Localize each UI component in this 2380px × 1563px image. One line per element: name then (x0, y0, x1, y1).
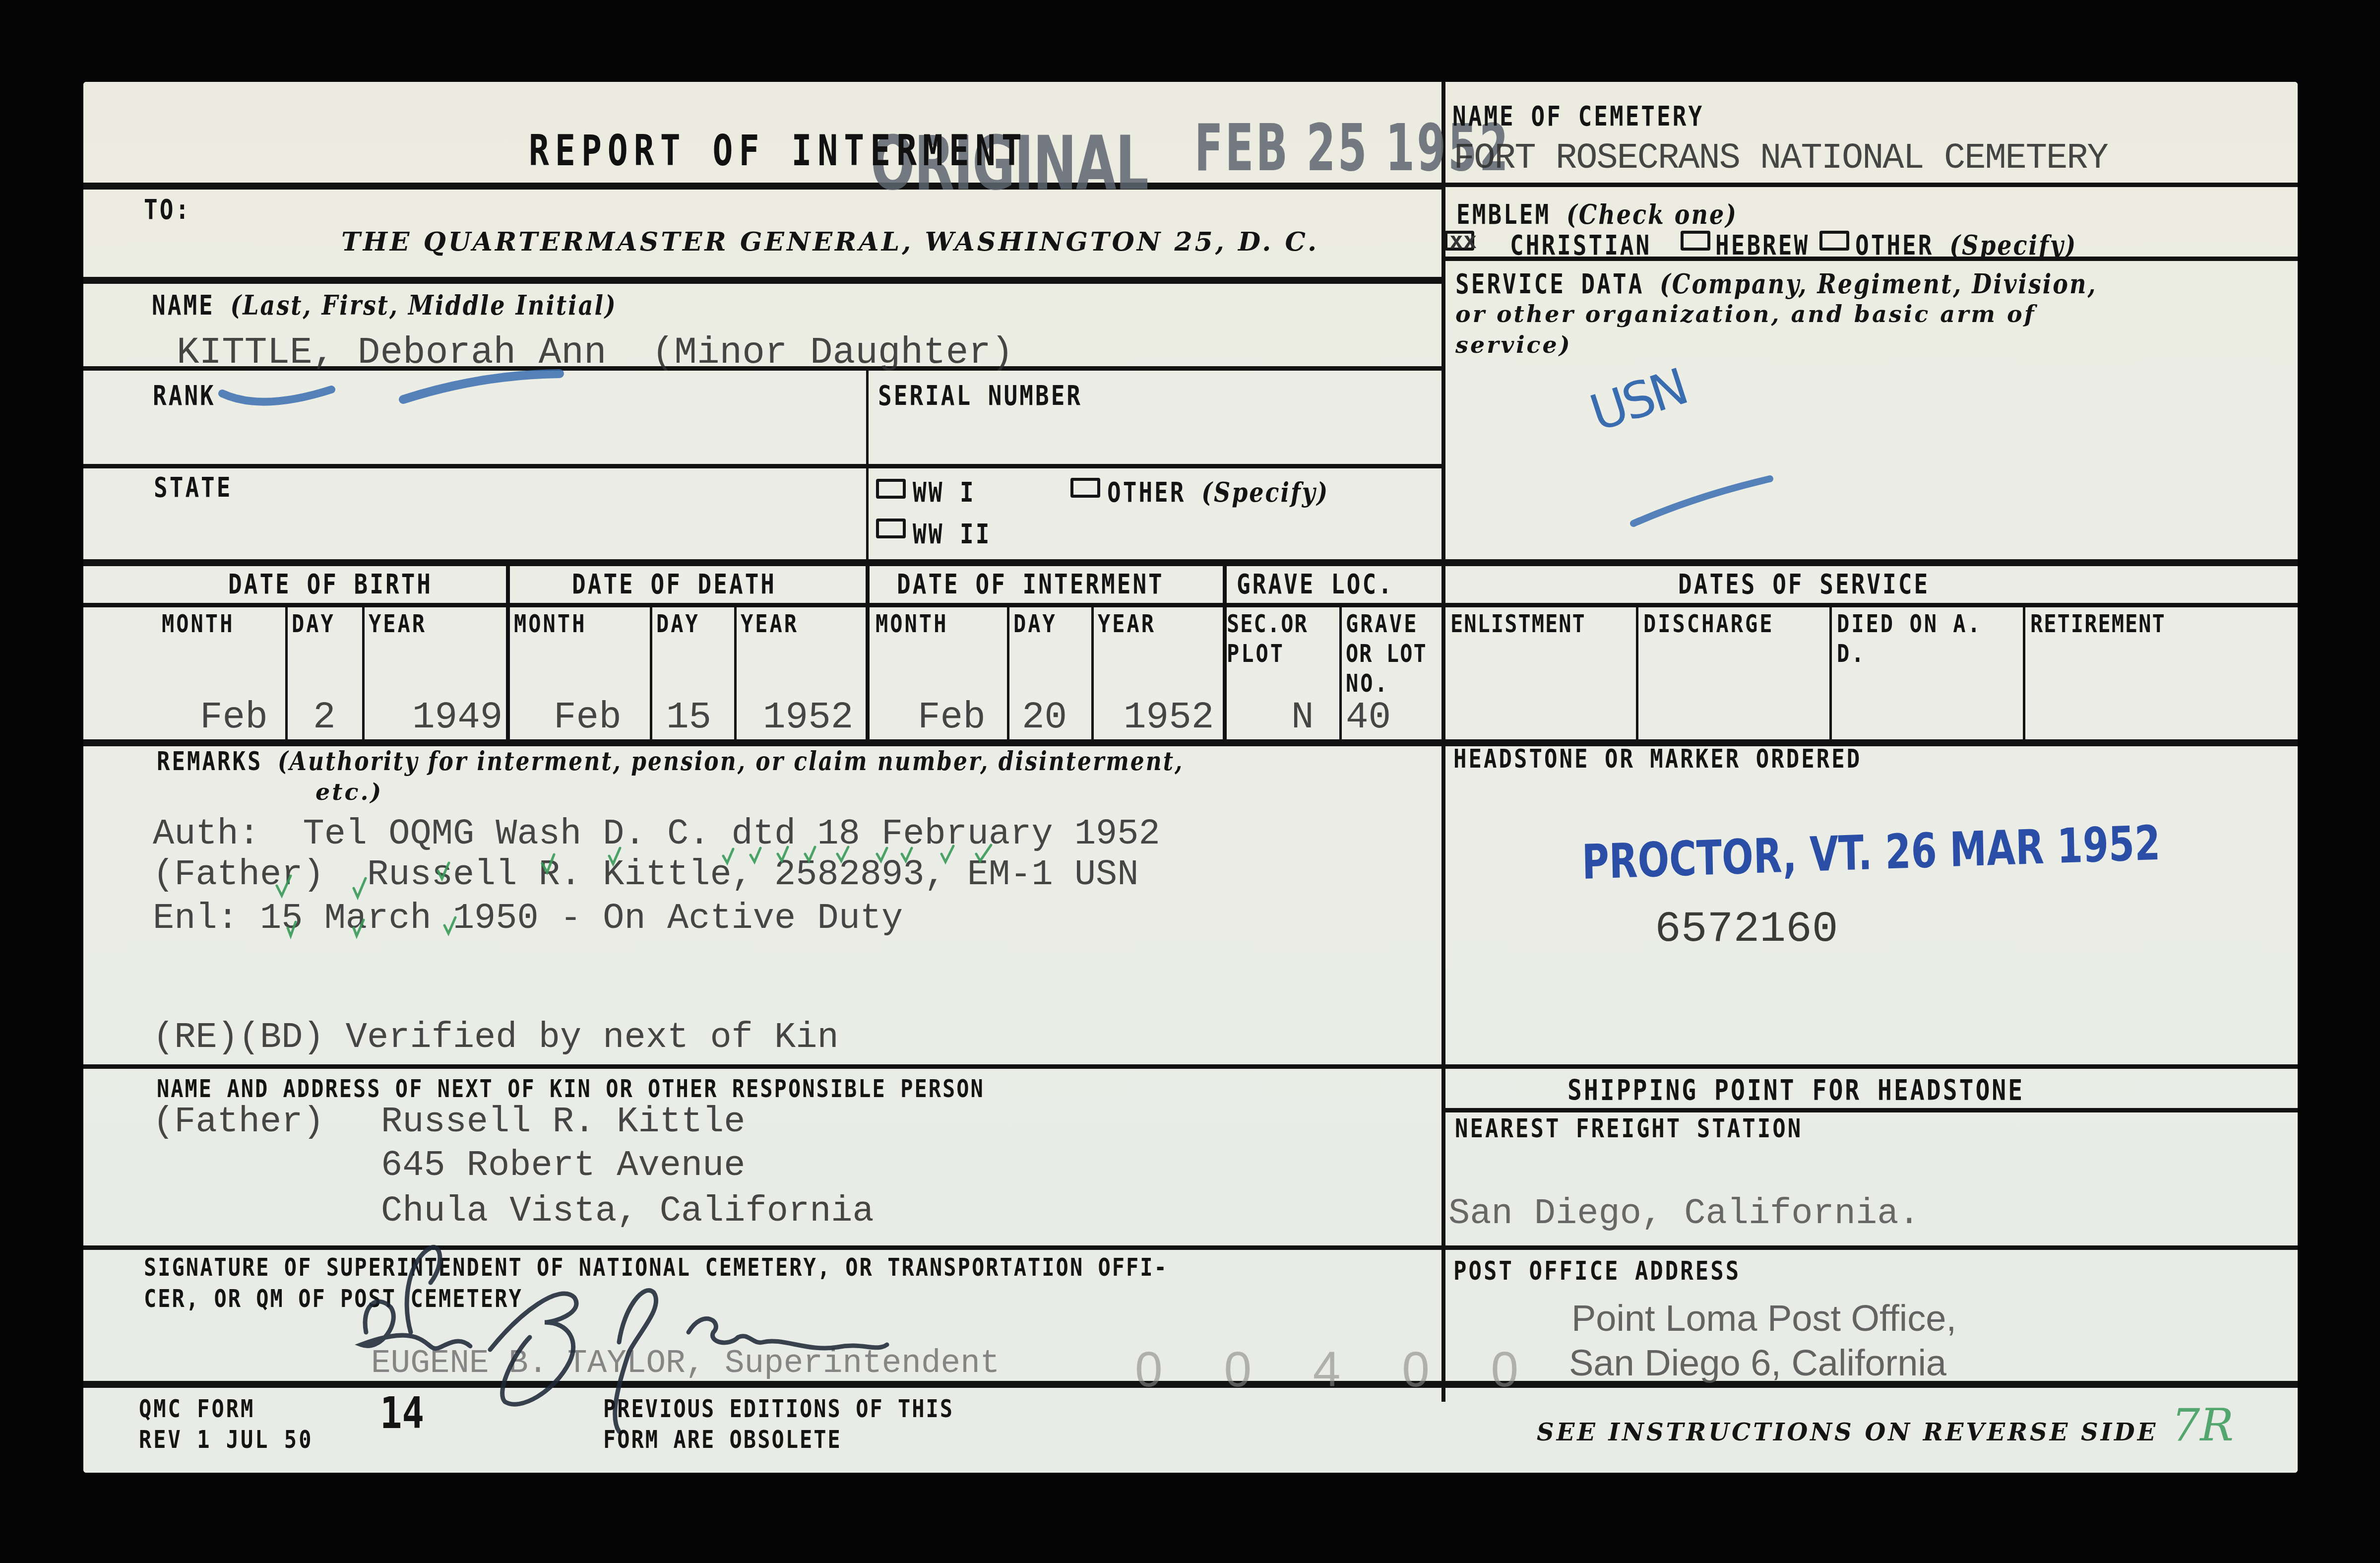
grave-location-label: GRAVE LOC. (1237, 571, 1394, 597)
remarks-label-hint: (Authority for interment, pension, or cl… (278, 747, 1184, 777)
doi-month: Feb (918, 699, 986, 736)
rule (83, 1245, 2298, 1250)
discharge-label: DISCHARGE (1643, 612, 1774, 637)
headstone-stamp: PROCTOR, VT. 26 MAR 1952 (1581, 819, 2161, 886)
remarks-label: REMARKS (Authority for interment, pensio… (157, 749, 1184, 775)
cemetery-value: FORT ROSECRANS NATIONAL CEMETERY (1453, 140, 2108, 176)
rule (83, 464, 1443, 468)
rule (1223, 559, 1227, 743)
rule (650, 603, 652, 742)
rule (83, 603, 2298, 607)
to-value: THE QUARTERMASTER GENERAL, WASHINGTON 25… (341, 229, 1319, 255)
remarks-line-3: Enl: 15 March 1950 - On Active Duty (153, 901, 903, 936)
died-on-ad-label-2: D. (1837, 642, 1866, 666)
emblem-label-text: EMBLEM (1456, 198, 1551, 230)
emblem-label-hint: (Check one) (1566, 198, 1738, 230)
dob-month-label: MONTH (162, 612, 234, 637)
doi-month-label: MONTH (876, 612, 948, 637)
rule (1443, 1108, 2298, 1112)
service-data-label-text: SERVICE DATA (1455, 268, 1644, 300)
dob-year-label: YEAR (369, 612, 427, 637)
post-office-line-1: Point Loma Post Office, (1571, 1300, 1956, 1337)
cemetery-label: NAME OF CEMETERY (1452, 103, 1704, 130)
dob-month: Feb (200, 699, 268, 736)
remarks-label-hint-2: etc.) (315, 781, 383, 803)
faint-number-stamp: 0 0 4 0 0 (1135, 1345, 1542, 1394)
rule (1636, 603, 1638, 742)
instructions-notice: SEE INSTRUCTIONS ON REVERSE SIDE (1537, 1421, 2158, 1444)
freight-station-label: NEAREST FREIGHT STATION (1455, 1116, 1803, 1142)
name-label-hint: (Last, First, Middle Initial) (230, 289, 617, 321)
rule (506, 559, 510, 743)
obsolete-notice-2: FORM ARE OBSOLETE (603, 1428, 842, 1452)
serial-number-label: SERIAL NUMBER (878, 382, 1082, 409)
remarks-label-text: REMARKS (157, 747, 262, 777)
date-of-interment-label: DATE OF INTERMENT (897, 571, 1164, 597)
emblem-label: EMBLEM (Check one) (1456, 201, 1738, 228)
doi-day: 20 (1022, 699, 1067, 736)
grave-label-2: OR LOT (1346, 642, 1427, 666)
service-data-hint-2: or other organization, and basic arm of (1455, 303, 2036, 326)
name-label: NAME (Last, First, Middle Initial) (152, 292, 617, 319)
dod-year: 1952 (763, 699, 853, 736)
rule (362, 603, 365, 742)
doi-year: 1952 (1124, 699, 1214, 736)
rule (734, 603, 737, 742)
rule (1443, 183, 2298, 187)
rule (83, 277, 1443, 284)
obsolete-notice-1: PREVIOUS EDITIONS OF THIS (603, 1397, 954, 1422)
service-data-value-text: USN (1583, 358, 1692, 443)
interment-report-form: ORIGINAL REPORT OF INTERMENT FEB 25 1952… (83, 82, 2298, 1473)
green-initials: 7R (2172, 1399, 2234, 1451)
post-office-label: POST OFFICE ADDRESS (1453, 1259, 1741, 1285)
other-war-label: OTHER (Specify) (1107, 479, 1329, 506)
rule (83, 559, 2298, 566)
shipping-point-label: SHIPPING POINT FOR HEADSTONE (1567, 1077, 2024, 1105)
ww1-label: WW I (913, 479, 976, 506)
ww2-checkbox[interactable] (876, 519, 906, 538)
dates-of-service-label: DATES OF SERVICE (1678, 571, 1930, 597)
rule (1339, 603, 1342, 742)
hebrew-checkbox[interactable] (1681, 231, 1710, 251)
dod-day: 15 (666, 699, 711, 736)
doi-day-label: DAY (1013, 612, 1057, 637)
form-title: REPORT OF INTERMENT (529, 130, 1028, 173)
remarks-line-2: (Father) Russell R. Kittle, 2582893, EM-… (153, 857, 1139, 893)
dod-day-label: DAY (656, 612, 700, 637)
other-war-checkbox[interactable] (1070, 478, 1100, 498)
dob-day-label: DAY (292, 612, 335, 637)
service-data-label: SERVICE DATA (Company, Regiment, Divisio… (1455, 270, 2097, 297)
form-name: QMC FORM (139, 1397, 255, 1422)
section-label: SEC.OR (1227, 612, 1308, 637)
rule (1091, 603, 1094, 742)
form-number: 14 (380, 1392, 424, 1435)
rule (83, 739, 2298, 746)
remarks-line-4: (RE)(BD) Verified by next of Kin (153, 1020, 839, 1055)
headstone-order-number: 6572160 (1655, 908, 1838, 952)
name-label-text: NAME (152, 289, 215, 321)
rule (285, 603, 288, 742)
next-of-kin-label: NAME AND ADDRESS OF NEXT OF KIN OR OTHER… (157, 1077, 985, 1102)
other-emblem-label: OTHER (Specify) (1855, 232, 2077, 259)
rule (2023, 603, 2025, 742)
grave-number: 40 (1346, 699, 1391, 736)
rule (1829, 603, 1832, 742)
doi-year-label: YEAR (1098, 612, 1156, 637)
rule (866, 366, 869, 561)
to-label: TO: (144, 196, 191, 223)
hebrew-label: HEBREW (1715, 232, 1810, 259)
headstone-label: HEADSTONE OR MARKER ORDERED (1453, 747, 1862, 773)
other-war-label-text: OTHER (1107, 476, 1186, 508)
grave-label-3: NO. (1346, 671, 1389, 696)
dod-month: Feb (554, 699, 622, 736)
service-data-hint-3: service) (1455, 333, 1572, 356)
christian-label: CHRISTIAN (1510, 232, 1651, 259)
state-label: STATE (154, 474, 232, 501)
rule (83, 1064, 2298, 1069)
next-of-kin-name: Russell R. Kittle (381, 1104, 746, 1140)
grave-section: N (1291, 699, 1314, 736)
christian-checkbox[interactable] (1444, 231, 1474, 251)
signature-label-1: SIGNATURE OF SUPERINTENDENT OF NATIONAL … (144, 1255, 1168, 1280)
other-emblem-checkbox[interactable] (1819, 231, 1849, 251)
dod-year-label: YEAR (741, 612, 799, 637)
dob-day: 2 (313, 699, 336, 736)
typed-signer-name: EUGENE B. TAYLOR, Superintendent (371, 1347, 1000, 1380)
form-revision: REV 1 JUL 50 (139, 1428, 313, 1452)
name-value: KITTLE, Deborah Ann (Minor Daughter) (177, 334, 1013, 372)
superintendent-signature (83, 82, 88, 87)
next-of-kin-city: Chula Vista, California (381, 1193, 874, 1229)
date-of-death-label: DATE OF DEATH (572, 571, 776, 597)
other-emblem-hint: (Specify) (1949, 229, 2077, 261)
date-of-birth-label: DATE OF BIRTH (228, 571, 433, 597)
other-emblem-label-text: OTHER (1855, 229, 1934, 261)
freight-station-value: San Diego, California. (1448, 1196, 1920, 1232)
service-data-hint: (Company, Regiment, Division, (1660, 268, 2097, 300)
section-label-2: PLOT (1227, 642, 1285, 666)
next-of-kin-street: 645 Robert Avenue (381, 1148, 746, 1183)
dod-month-label: MONTH (514, 612, 586, 637)
remarks-line-1: Auth: Tel OQMG Wash D. C. dtd 18 Februar… (153, 816, 1160, 852)
rule (1007, 603, 1009, 742)
next-of-kin-relation: (Father) (153, 1104, 324, 1140)
ww1-checkbox[interactable] (876, 479, 906, 499)
ww2-label: WW II (913, 521, 991, 547)
grave-label: GRAVE (1346, 612, 1418, 637)
enlistment-label: ENLISTMENT (1450, 612, 1586, 637)
post-office-line-2: San Diego 6, California (1569, 1345, 1946, 1381)
dob-year: 1949 (412, 699, 502, 736)
rule (866, 559, 870, 743)
other-war-hint: (Specify) (1201, 476, 1329, 508)
signature-label-2: CER, OR QM OF POST CEMETERY (144, 1287, 523, 1311)
retirement-label: RETIREMENT (2030, 612, 2166, 637)
rank-label: RANK (153, 382, 216, 409)
died-on-ad-label: DIED ON A. (1837, 612, 1982, 637)
